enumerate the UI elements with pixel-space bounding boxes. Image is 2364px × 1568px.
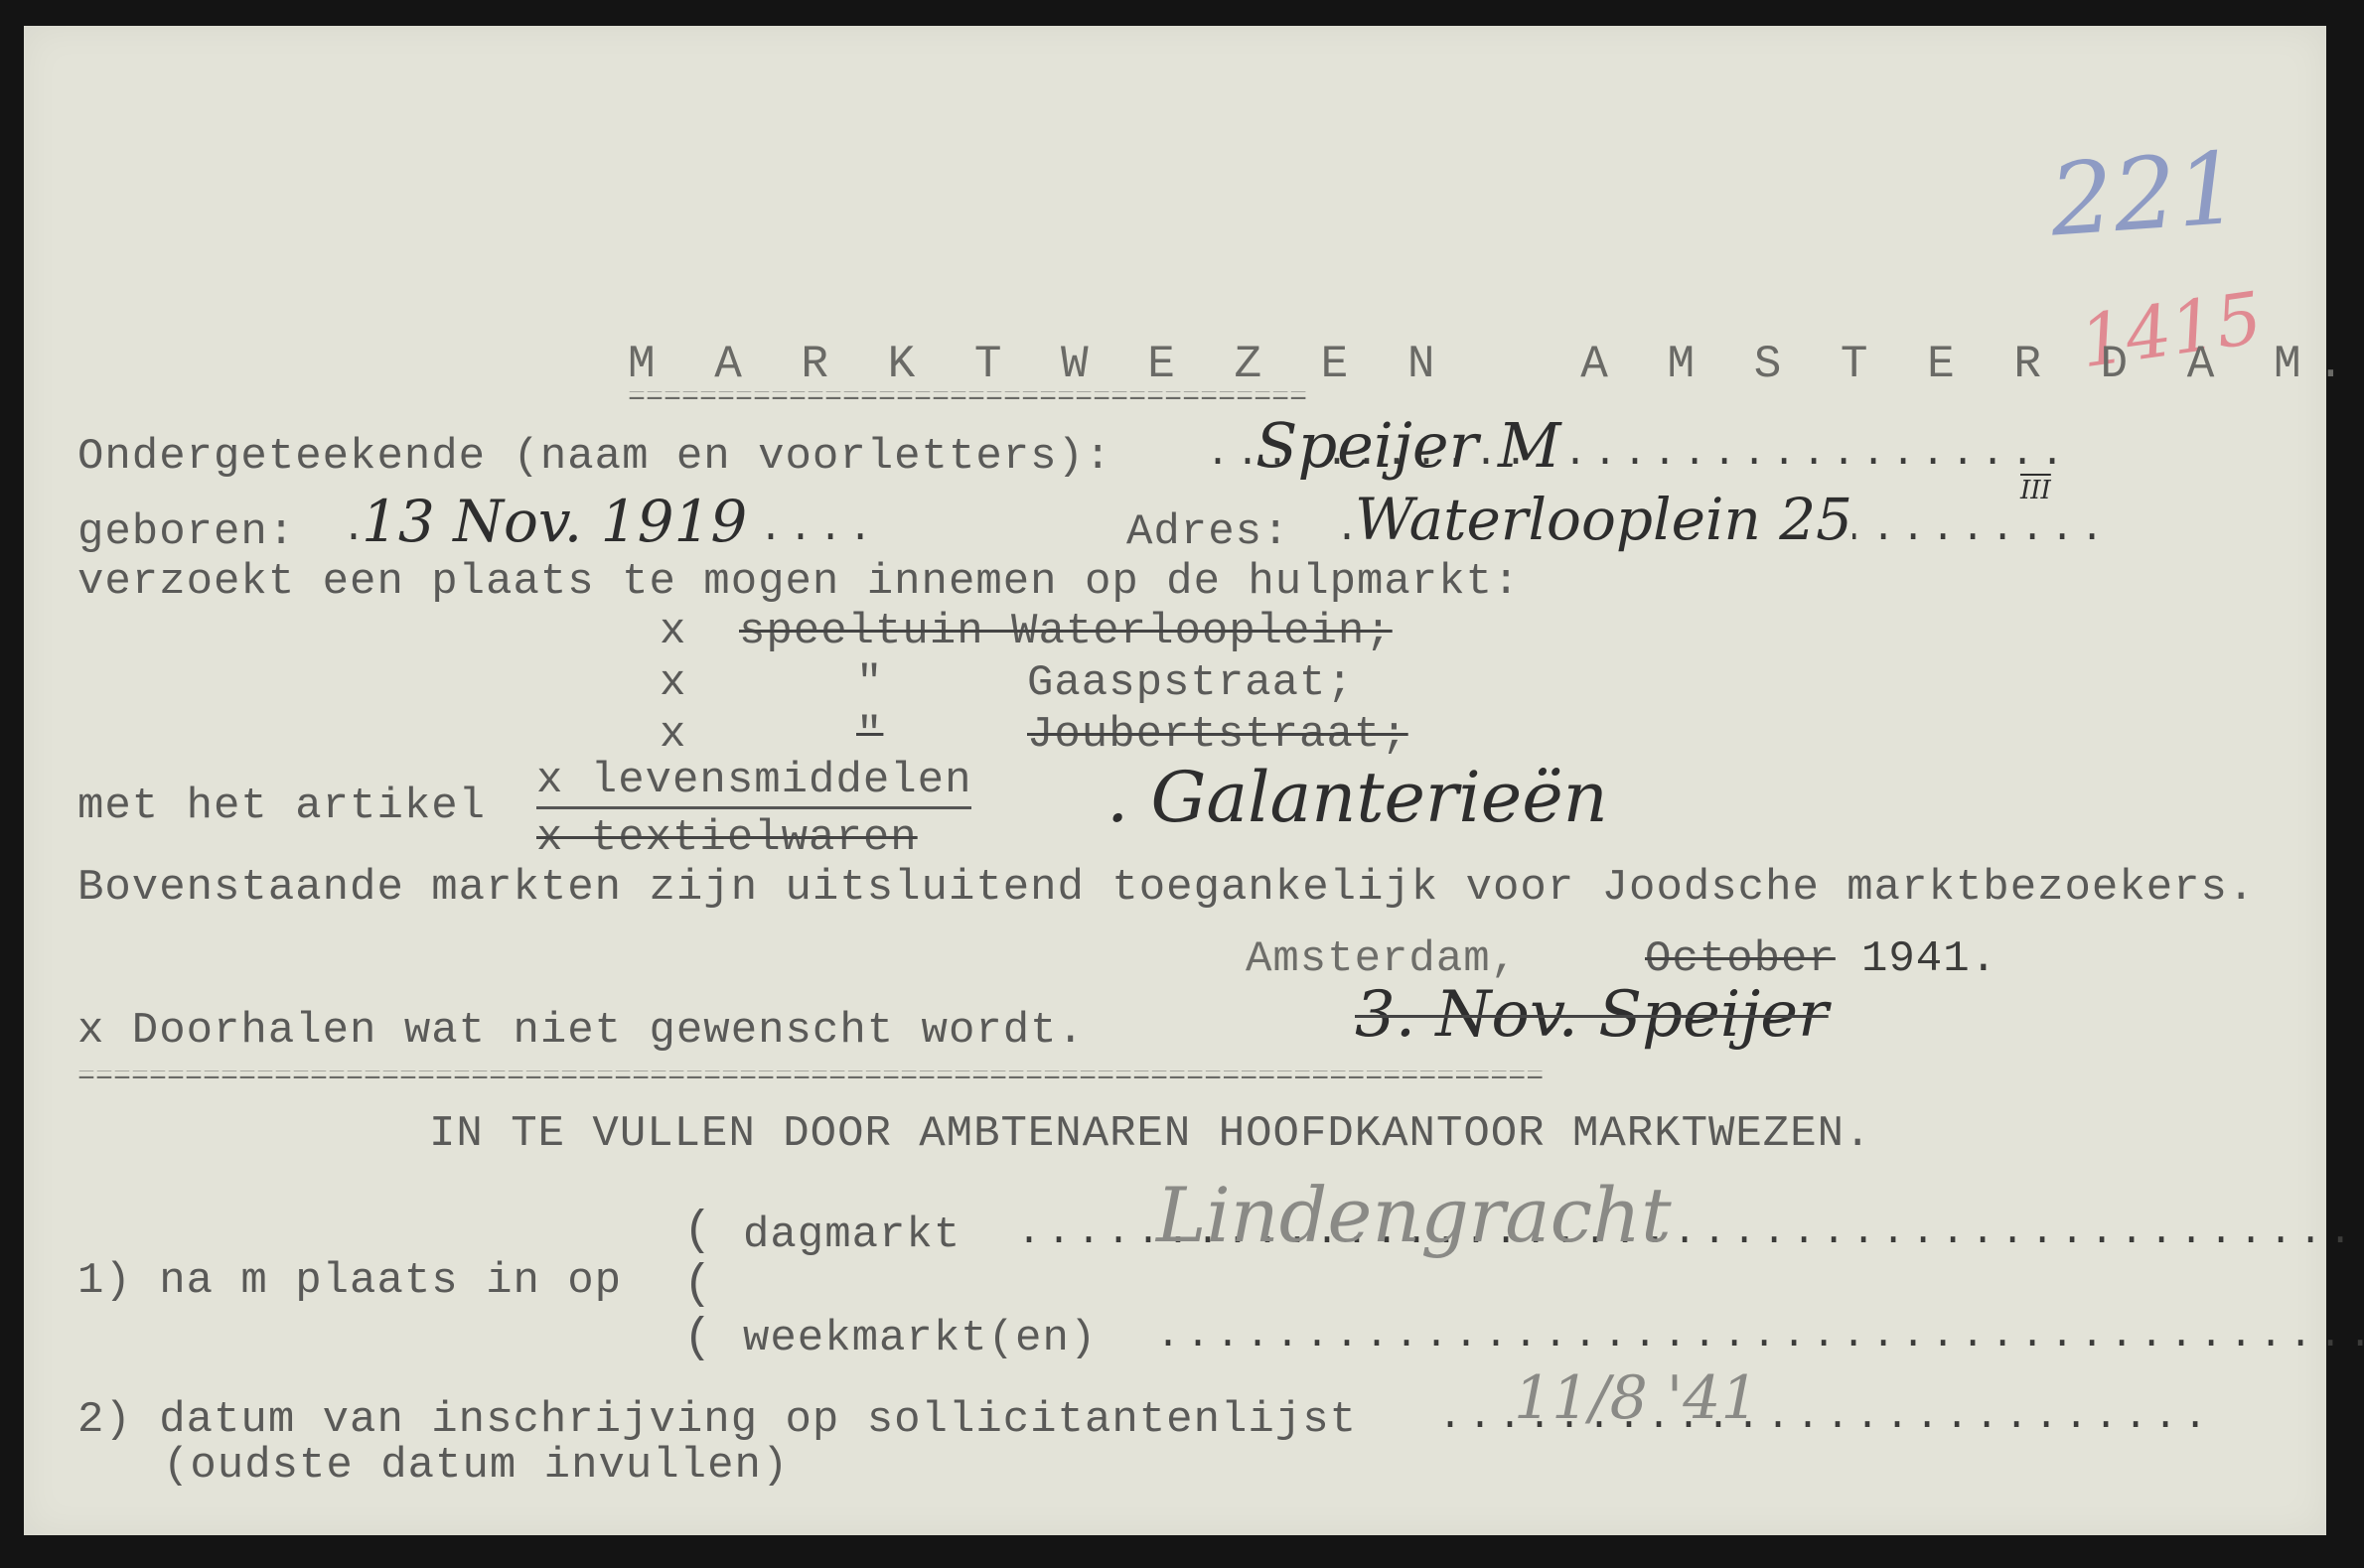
name-field[interactable]: Speijer M [1256,415,1560,477]
date-month-struck: October [1645,937,1836,981]
market-option-marker: x [660,661,686,705]
separator: ========================================… [77,1070,2283,1084]
date-year: 1941. [1861,937,1997,981]
archive-number-blue: 221 [2047,138,2243,250]
form-paper: 221 1415 M A R K T W E Z E N A M S T E R… [24,26,2326,1535]
dagmarkt-field[interactable]: Lindengracht [1156,1178,1672,1253]
born-label: geboren: [77,510,295,554]
request-text: verzoekt een plaats te mogen innemen op … [77,560,1520,604]
title-underline: ====================================== [628,391,1770,405]
item1-label: 1) na m plaats in op [77,1259,622,1303]
weekmarkt-field[interactable]: ........................................… [1156,1317,2364,1356]
article-label: met het artikel [77,784,486,828]
brace: ( [683,1208,712,1255]
market-option-marker: x [660,713,686,757]
item2-label: 2) datum van inschrijving op sollicitant… [77,1398,1357,1442]
registration-date-field[interactable]: 11/8 '41 [1514,1368,1759,1428]
name-label: Ondergeteekende (naam en voorletters): [77,435,1111,479]
signature[interactable]: 3. Nov. Speijer [1355,983,1829,1047]
notice-text: Bovenstaande markten zijn uitsluitend to… [77,866,2255,910]
page-title: M A R K T W E Z E N A M S T E R D A M. [628,342,2360,387]
market-option-gaaspstraat[interactable]: Gaaspstraat; [1027,661,1354,705]
item2-note: (oudste datum invullen) [163,1444,789,1488]
place-city: Amsterdam, [1246,937,1518,981]
market-option-marker: x [660,610,686,653]
market-option-waterlooplein[interactable]: speeltuin Waterlooplein; [739,610,1393,653]
footnote-text: x Doorhalen wat niet gewenscht wordt. [77,1009,1085,1053]
address-label: Adres: [1126,510,1289,554]
article-handwritten[interactable]: . Galanterieën [1107,763,1608,832]
born-field[interactable]: 13 Nov. 1919 [362,493,747,550]
address-floor: III [2020,478,2051,503]
address-field[interactable]: Waterlooplein 25 [1355,491,1852,548]
ditto-mark: " [856,661,883,705]
article-option-food[interactable]: x levensmiddelen [536,759,971,809]
article-option-textile[interactable]: x textielwaren [536,816,918,860]
dagmarkt-label: dagmarkt [743,1213,960,1257]
brace: ( [683,1261,712,1309]
ditto-mark: " [856,713,883,757]
weekmarkt-label: weekmarkt(en) [743,1317,1097,1360]
market-option-joubertstraat[interactable]: Joubertstraat; [1027,713,1408,757]
official-heading: IN TE VULLEN DOOR AMBTENAREN HOOFDKANTOO… [429,1112,1871,1156]
brace: ( [683,1315,712,1362]
